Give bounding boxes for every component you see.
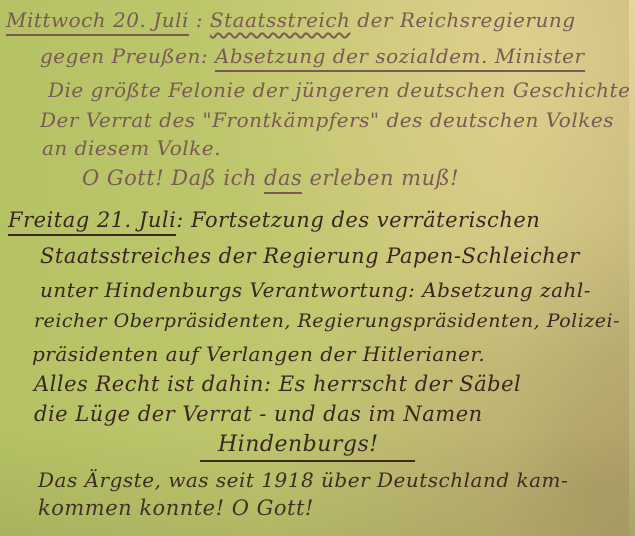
text-fragment: erleben muß!	[302, 166, 459, 190]
text-fragment: : Fortsetzung des verräterischen	[176, 208, 540, 232]
entry-heading: Freitag 21. Juli: Fortsetzung des verrät…	[8, 210, 540, 231]
emphasized-name: Hindenburgs!	[218, 434, 379, 456]
text-line: O Gott! Daß ich das erleben muß!	[82, 168, 459, 189]
text-line: an diesem Volke.	[42, 138, 221, 158]
underlined-phrase: Absetzung der sozialdem. Minister	[215, 44, 585, 72]
underlined-word: das	[264, 166, 302, 194]
entry-heading: Mittwoch 20. Juli : Staatsstreich der Re…	[6, 10, 576, 30]
text-fragment: der Reichsregierung	[350, 8, 575, 32]
text-line: Staatsstreiches der Regierung Papen-Schl…	[40, 246, 580, 267]
text-line: reicher Oberpräsidenten, Regierungspräsi…	[34, 312, 620, 331]
diary-page: Mittwoch 20. Juli : Staatsstreich der Re…	[0, 0, 635, 536]
entry-date: Freitag 21. Juli	[8, 208, 176, 236]
text-line: präsidenten auf Verlangen der Hitleriane…	[32, 344, 485, 364]
text-line: unter Hindenburgs Verantwortung: Absetzu…	[40, 280, 591, 300]
text-line: gegen Preußen: Absetzung der sozialdem. …	[40, 46, 585, 66]
text-fragment: O Gott! Daß ich	[82, 166, 264, 190]
entry-date: Mittwoch 20. Juli	[6, 8, 189, 36]
heading-colon: :	[196, 8, 203, 32]
underlined-phrase: Staatsstreich	[210, 8, 351, 32]
text-line: Die größte Felonie der jüngeren deutsche…	[48, 80, 630, 100]
text-fragment: gegen Preußen:	[40, 44, 215, 68]
text-line: die Lüge der Verrat - und das im Namen	[34, 404, 483, 425]
text-line: Das Ärgste, was seit 1918 über Deutschla…	[38, 470, 568, 490]
underline-rule	[200, 460, 415, 462]
text-line: Der Verrat des "Frontkämpfers" des deuts…	[40, 110, 614, 130]
text-line: Alles Recht ist dahin: Es herrscht der S…	[34, 374, 521, 395]
text-line: kommen konnte! O Gott!	[38, 498, 314, 519]
